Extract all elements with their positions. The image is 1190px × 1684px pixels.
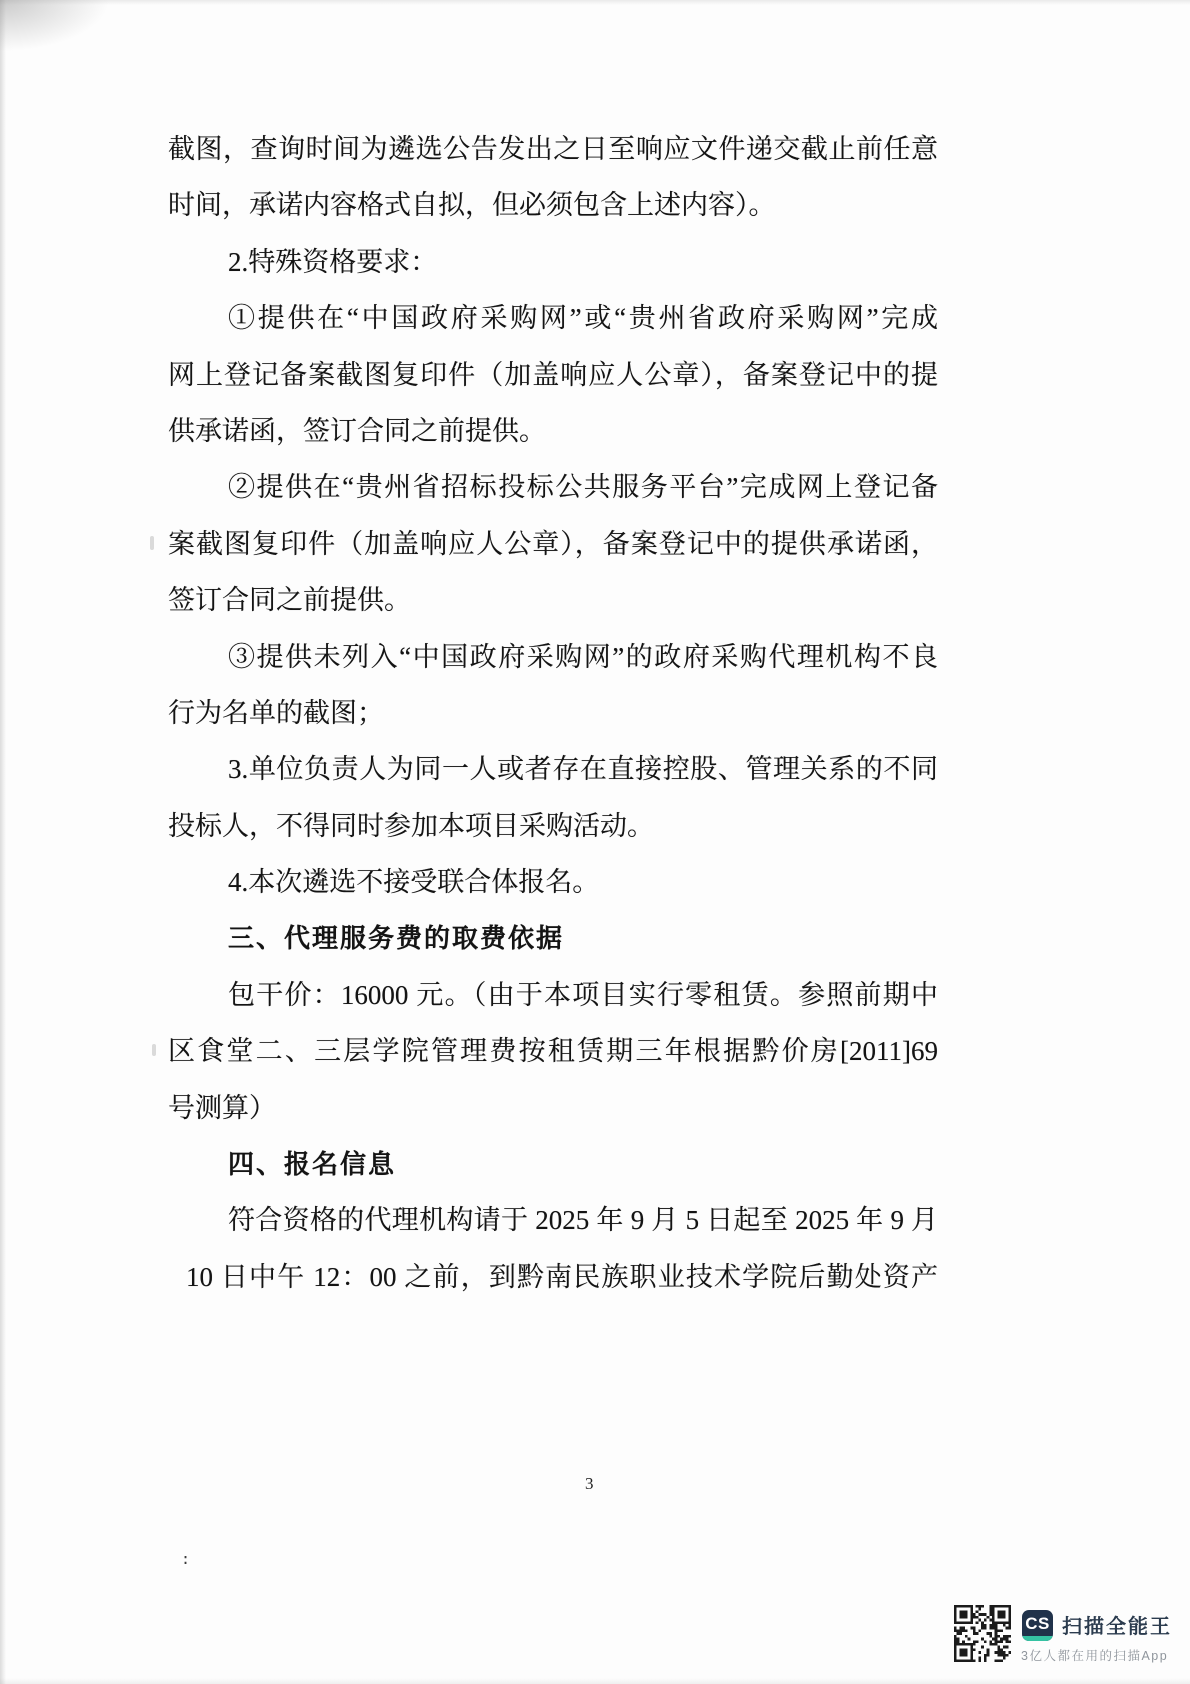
section-heading-agency-fee: 三、代理服务费的取费依据 <box>168 910 938 966</box>
text-line: 10 日中午 12：00 之前，到黔南民族职业技术学院后勤处资产 <box>168 1249 938 1305</box>
text-line: 截图，查询时间为遴选公告发出之日至响应文件递交截止前任意 <box>168 121 938 177</box>
camscanner-logo-accent <box>1022 1636 1053 1641</box>
scan-edge-artifact <box>0 0 6 1684</box>
text-line: 包干价：16000 元。（由于本项目实行零租赁。参照前期中 <box>168 967 938 1023</box>
scan-smudge-artifact <box>0 0 110 52</box>
scan-speck-artifact <box>150 536 154 550</box>
text-line: 案截图复印件（加盖响应人公章），备案登记中的提供承诺函， <box>168 516 938 572</box>
text-line: 时间，承诺内容格式自拟，但必须包含上述内容）。 <box>168 177 938 233</box>
scan-colon-artifact: : <box>181 1550 190 1568</box>
text-line: 区食堂二、三层学院管理费按租赁期三年根据黔价房[2011]69 <box>168 1023 938 1079</box>
scanned-document-page: 截图，查询时间为遴选公告发出之日至响应文件递交截止前任意 时间，承诺内容格式自拟… <box>0 0 1190 1684</box>
text-line: ①提供在“中国政府采购网”或“贵州省政府采购网”完成 <box>168 290 938 346</box>
section-heading-registration-info: 四、报名信息 <box>168 1136 938 1192</box>
page-number: 3 <box>585 1474 594 1494</box>
text-line: 2.特殊资格要求： <box>168 234 938 290</box>
text-line: 网上登记备案截图复印件（加盖响应人公章），备案登记中的提 <box>168 347 938 403</box>
text-line: 行为名单的截图； <box>168 685 938 741</box>
camscanner-logo-icon: CS <box>1022 1610 1053 1641</box>
scan-edge-artifact <box>0 0 1190 5</box>
text-line: ③提供未列入“中国政府采购网”的政府采购代理机构不良 <box>168 629 938 685</box>
text-line: ②提供在“贵州省招标投标公共服务平台”完成网上登记备 <box>168 459 938 515</box>
text-line: 供承诺函，签订合同之前提供。 <box>168 403 938 459</box>
camscanner-watermark: CS 扫描全能王 3亿人都在用的扫描App <box>950 1598 1190 1684</box>
text-line: 符合资格的代理机构请于 2025 年 9 月 5 日起至 2025 年 9 月 <box>168 1192 938 1248</box>
qr-code-icon <box>954 1605 1011 1662</box>
document-body: 截图，查询时间为遴选公告发出之日至响应文件递交截止前任意 时间，承诺内容格式自拟… <box>168 121 938 1305</box>
camscanner-tagline: 3亿人都在用的扫描App <box>1021 1646 1168 1664</box>
camscanner-logo-letters: CS <box>1022 1610 1053 1637</box>
text-line: 签订合同之前提供。 <box>168 572 938 628</box>
text-line: 投标人，不得同时参加本项目采购活动。 <box>168 798 938 854</box>
text-line: 号测算） <box>168 1080 938 1136</box>
text-line: 4.本次遴选不接受联合体报名。 <box>168 854 938 910</box>
scan-speck-artifact <box>152 1044 156 1056</box>
text-line: 3.单位负责人为同一人或者存在直接控股、管理关系的不同 <box>168 741 938 797</box>
camscanner-app-name: 扫描全能王 <box>1062 1610 1172 1639</box>
